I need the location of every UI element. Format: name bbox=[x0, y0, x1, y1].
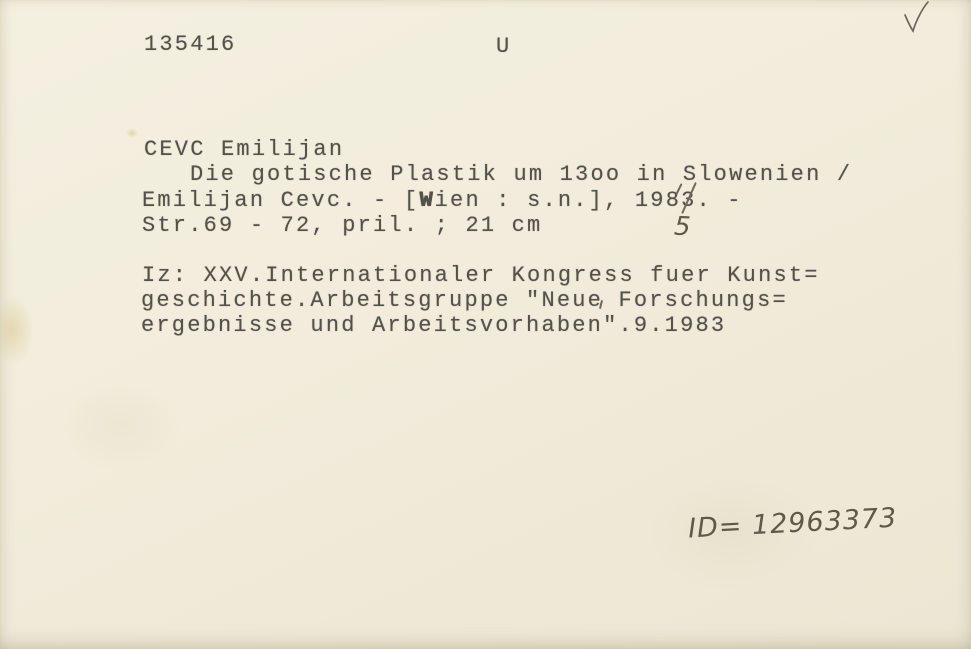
checkmark-icon bbox=[898, 0, 938, 44]
title-line: Die gotische Plastik um 13oo in Slowenie… bbox=[190, 162, 852, 187]
paper-stain bbox=[60, 380, 180, 470]
imprint-text-prefix: Emilijan Cevc. - [ bbox=[142, 188, 419, 213]
imprint-text-suffix: . - bbox=[697, 188, 743, 213]
imprint-struck-digit: 3 bbox=[681, 188, 696, 213]
handwritten-correction-digit: 5 bbox=[673, 212, 691, 243]
paper-stain bbox=[126, 128, 138, 138]
note-line-2: geschichte.Arbeitsgruppe "Neue Forschung… bbox=[141, 288, 788, 313]
imprint-bold-w: W bbox=[419, 188, 434, 213]
handwritten-id: ID= 12963373 bbox=[687, 503, 898, 545]
collation-line: Str.69 - 72, pril. ; 21 cm bbox=[142, 213, 542, 238]
imprint-text-middle: ien : s.n.], 198 bbox=[435, 188, 681, 213]
note-line-1: Iz: XXV.Internationaler Kongress fuer Ku… bbox=[142, 263, 820, 288]
accession-number: 135416 bbox=[144, 32, 236, 57]
imprint-line: Emilijan Cevc. - [Wien : s.n.], 1983. - bbox=[142, 188, 743, 213]
catalog-card: 135416 U CEVC Emilijan Die gotische Plas… bbox=[0, 0, 971, 649]
paper-stain bbox=[0, 295, 34, 365]
author-heading: CEVC Emilijan bbox=[144, 137, 344, 162]
note-line-3: ergebnisse und Arbeitsvorhaben".9.1983 bbox=[141, 313, 726, 338]
section-letter: U bbox=[496, 34, 511, 59]
